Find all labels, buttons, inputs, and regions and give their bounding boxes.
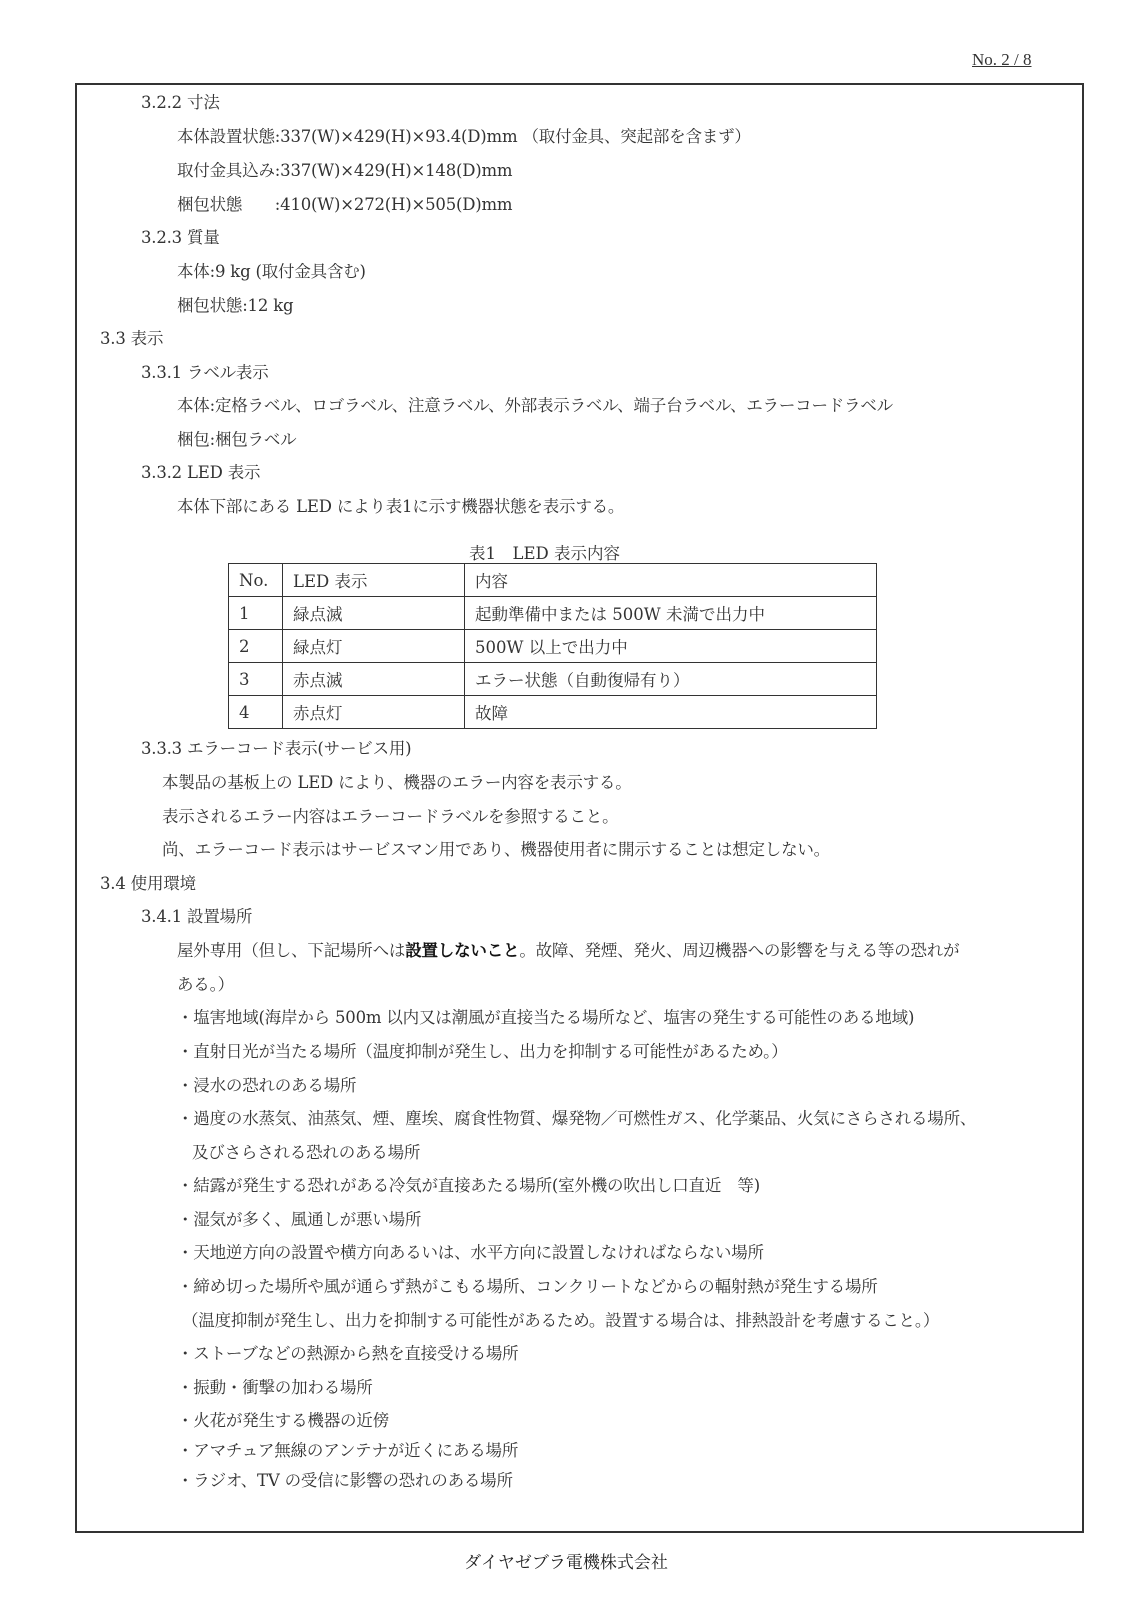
section-heading-3-3-3: 3.3.3 エラーコード表示(サービス用): [141, 739, 411, 759]
list-item: ・結露が発生する恐れがある冷気が直接あたる場所(室外機の吹出し口直近 等): [177, 1176, 760, 1196]
list-item: ・浸水の恐れのある場所: [177, 1076, 356, 1096]
install-intro-prefix: 屋外専用（但し、下記場所へは: [177, 941, 405, 960]
label-line: 本体:定格ラベル、ロゴラベル、注意ラベル、外部表示ラベル、端子台ラベル、エラーコ…: [177, 396, 893, 416]
error-code-line: 尚、エラーコード表示はサービスマン用であり、機器使用者に開示することは想定しない…: [162, 840, 830, 860]
label-line: 梱包:梱包ラベル: [177, 430, 296, 450]
list-item: ・火花が発生する機器の近傍: [177, 1411, 389, 1431]
install-intro: 屋外専用（但し、下記場所へは設置しないこと。故障、発煙、発火、周辺機器への影響を…: [177, 941, 959, 961]
list-item: ・湿気が多く、風通しが悪い場所: [177, 1210, 421, 1230]
list-item-continuation: （温度抑制が発生し、出力を抑制する可能性があるため。設置する場合は、排熱設計を考…: [182, 1311, 939, 1331]
section-heading-3-2-2: 3.2.2 寸法: [141, 93, 220, 113]
list-item: ・塩害地域(海岸から 500m 以内又は潮風が直接当たる場所など、塩害の発生する…: [177, 1008, 914, 1028]
list-item: ・振動・衝撃の加わる場所: [177, 1378, 373, 1398]
table-cell: 緑点滅: [283, 597, 465, 630]
dimension-line: 取付金具込み:337(W)×429(H)×148(D)mm: [177, 161, 512, 181]
section-heading-3-3-2: 3.3.2 LED 表示: [141, 463, 260, 483]
section-heading-3-3-1: 3.3.1 ラベル表示: [141, 363, 269, 383]
dimension-line: 梱包状態 :410(W)×272(H)×505(D)mm: [177, 195, 512, 215]
error-code-line: 表示されるエラー内容はエラーコードラベルを参照すること。: [162, 807, 618, 827]
table-cell: 赤点灯: [283, 696, 465, 729]
table-cell: 故障: [465, 696, 877, 729]
led-table: No. LED 表示 内容 1 緑点滅 起動準備中または 500W 未満で出力中…: [228, 563, 877, 729]
list-item: ・天地逆方向の設置や横方向あるいは、水平方向に設置しなければならない場所: [177, 1243, 764, 1263]
table-cell: 500W 以上で出力中: [465, 630, 877, 663]
section-heading-3-2-3: 3.2.3 質量: [141, 228, 220, 248]
table-cell: 1: [229, 597, 283, 630]
list-item: ・ラジオ、TV の受信に影響の恐れのある場所: [177, 1471, 513, 1491]
list-item: ・アマチュア無線のアンテナが近くにある場所: [177, 1441, 518, 1461]
table-header-cell: 内容: [465, 564, 877, 597]
list-item: ・直射日光が当たる場所（温度抑制が発生し、出力を抑制する可能性があるため。）: [177, 1042, 788, 1062]
list-item: ・締め切った場所や風が通らず熱がこもる場所、コンクリートなどからの輻射熱が発生す…: [177, 1277, 878, 1297]
table-header-row: No. LED 表示 内容: [229, 564, 877, 597]
page-number: No. 2 / 8: [972, 50, 1032, 70]
section-heading-3-4: 3.4 使用環境: [100, 874, 196, 894]
table-row: 2 緑点灯 500W 以上で出力中: [229, 630, 877, 663]
table-cell: 緑点灯: [283, 630, 465, 663]
mass-line: 本体:9 kg (取付金具含む): [177, 262, 366, 282]
table-cell: エラー状態（自動復帰有り）: [465, 663, 877, 696]
table-header-cell: LED 表示: [283, 564, 465, 597]
list-item: ・ストーブなどの熱源から熱を直接受ける場所: [177, 1344, 518, 1364]
error-code-line: 本製品の基板上の LED により、機器のエラー内容を表示する。: [162, 773, 632, 793]
table-row: 4 赤点灯 故障: [229, 696, 877, 729]
table-cell: 赤点滅: [283, 663, 465, 696]
table-cell: 3: [229, 663, 283, 696]
section-heading-3-3: 3.3 表示: [100, 329, 163, 349]
install-intro-suffix: 。故障、発煙、発火、周辺機器への影響を与える等の恐れが: [519, 941, 959, 960]
table-row: 3 赤点滅 エラー状態（自動復帰有り）: [229, 663, 877, 696]
table-cell: 2: [229, 630, 283, 663]
table-row: 1 緑点滅 起動準備中または 500W 未満で出力中: [229, 597, 877, 630]
table-header-cell: No.: [229, 564, 283, 597]
table-cell: 4: [229, 696, 283, 729]
list-item-continuation: 及びさらされる恐れのある場所: [192, 1143, 420, 1163]
table-cell: 起動準備中または 500W 未満で出力中: [465, 597, 877, 630]
dimension-line: 本体設置状態:337(W)×429(H)×93.4(D)mm （取付金具、突起部…: [177, 127, 751, 147]
table-caption: 表1 LED 表示内容: [469, 544, 620, 564]
company-footer: ダイヤゼブラ電機株式会社: [0, 1548, 1132, 1573]
install-intro-line2: ある。）: [177, 975, 234, 995]
list-item: ・過度の水蒸気、油蒸気、煙、塵埃、腐食性物質、爆発物／可燃性ガス、化学薬品、火気…: [177, 1109, 976, 1129]
install-intro-bold: 設置しないこと: [405, 941, 519, 960]
led-intro: 本体下部にある LED により表1に示す機器状態を表示する。: [177, 497, 624, 517]
mass-line: 梱包状態:12 kg: [177, 296, 293, 316]
section-heading-3-4-1: 3.4.1 設置場所: [141, 907, 252, 927]
